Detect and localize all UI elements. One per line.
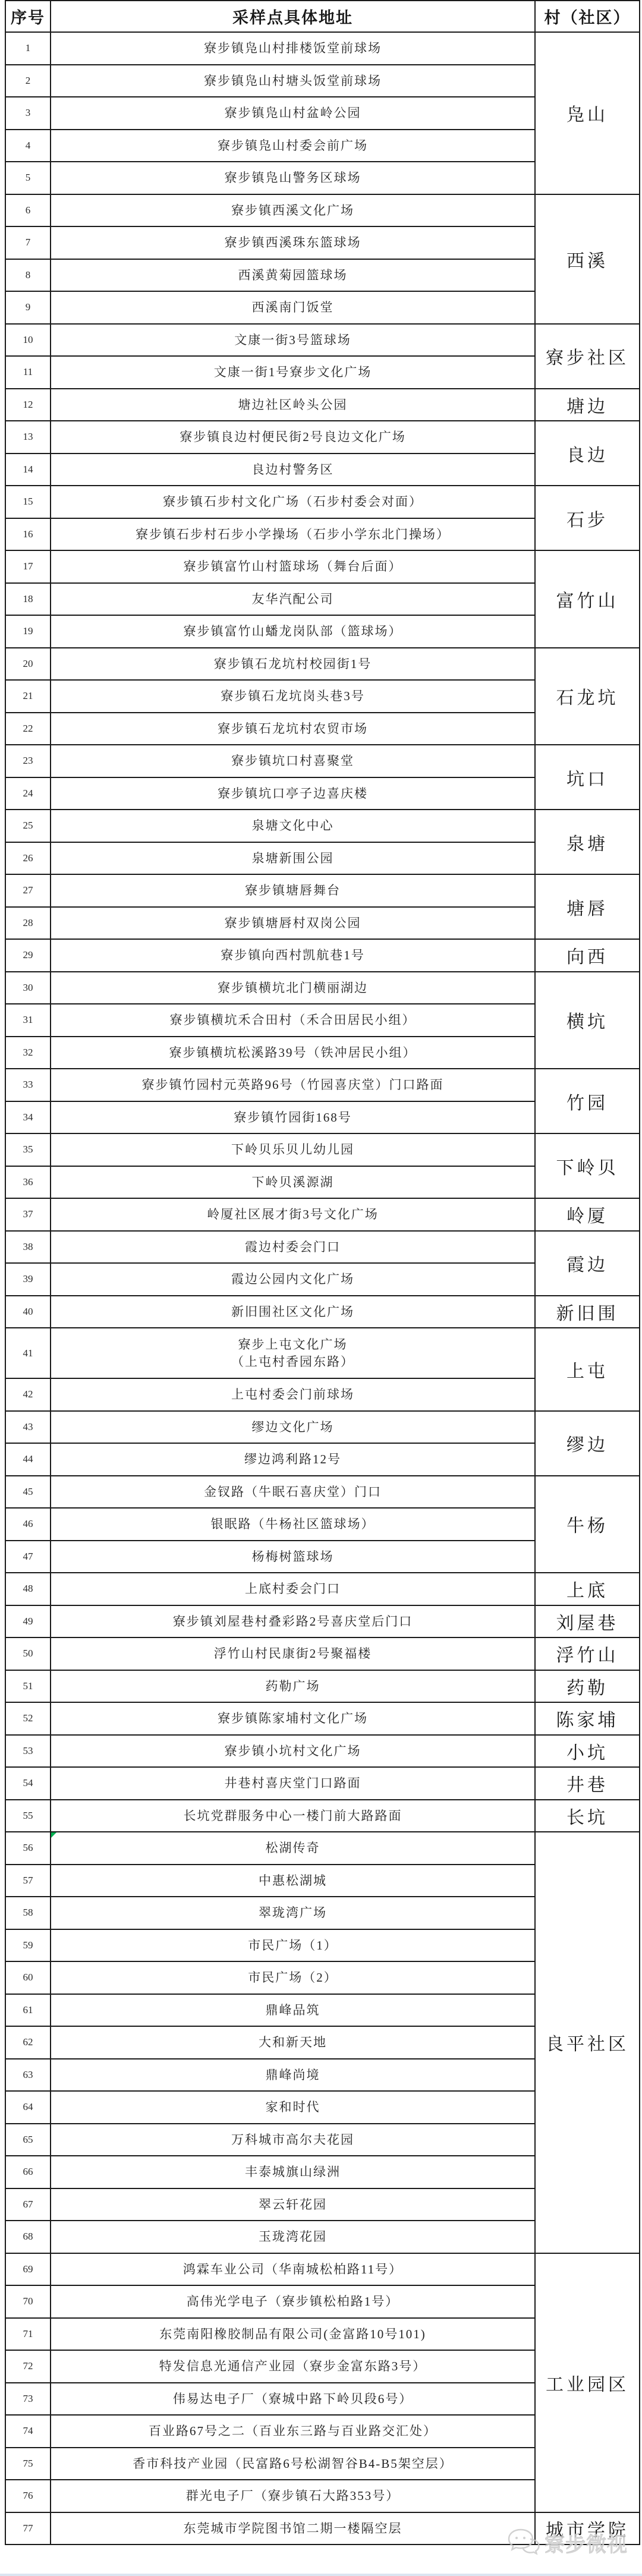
village-community-cell: 石步 <box>535 486 640 550</box>
row-number-cell: 43 <box>5 1411 51 1444</box>
address-cell: 霞边村委会门口 <box>51 1231 535 1264</box>
row-number-cell: 49 <box>5 1605 51 1638</box>
address-cell: 寮步镇凫山警务区球场 <box>51 162 535 194</box>
row-number-cell: 8 <box>5 259 51 292</box>
row-number-cell: 45 <box>5 1476 51 1509</box>
table-row: 69鸿霖车业公司（华南城松柏路11号）工业园区 <box>5 2253 640 2286</box>
address-cell: 家和时代 <box>51 2091 535 2124</box>
header-serial-number: 序号 <box>5 1 51 32</box>
village-community-cell: 药勒 <box>535 1670 640 1703</box>
row-number-cell: 44 <box>5 1443 51 1476</box>
village-community-cell: 井巷 <box>535 1767 640 1800</box>
address-cell: 寮步镇石龙坑村校园街1号 <box>51 648 535 681</box>
table-row: 43缪边文化广场缪边 <box>5 1411 640 1444</box>
address-cell: 寮步镇凫山村塘头饭堂前球场 <box>51 65 535 97</box>
row-number-cell: 2 <box>5 65 51 97</box>
table-row: 52寮步镇陈家埔村文化广场陈家埔 <box>5 1702 640 1735</box>
address-cell: 杨梅树篮球场 <box>51 1541 535 1573</box>
row-number-cell: 40 <box>5 1296 51 1328</box>
address-cell: 玉珑湾花园 <box>51 2221 535 2253</box>
row-number-cell: 68 <box>5 2221 51 2253</box>
table-row: 77东莞城市学院图书馆二期一楼隔空层城市学院 <box>5 2512 640 2545</box>
village-community-cell: 浮竹山 <box>535 1637 640 1670</box>
row-number-cell: 27 <box>5 874 51 907</box>
page: { "table": { "headers": ["序号", "采样点具体地址"… <box>0 0 642 2576</box>
row-number-cell: 33 <box>5 1069 51 1101</box>
row-number-cell: 30 <box>5 972 51 1004</box>
table-row: 40新旧围社区文化广场新旧围 <box>5 1296 640 1328</box>
address-cell: 市民广场（1） <box>51 1929 535 1962</box>
address-cell: 东莞南阳橡胶制品有限公司(金富路10号101) <box>51 2318 535 2351</box>
address-cell: 寮步镇刘屋巷村叠彩路2号喜庆堂后门口 <box>51 1605 535 1638</box>
table-row: 53寮步镇小坑村文化广场小坑 <box>5 1735 640 1768</box>
row-number-cell: 16 <box>5 518 51 551</box>
village-community-cell: 工业园区 <box>535 2253 640 2512</box>
table-row: 29寮步镇向西村凯航巷1号向西 <box>5 939 640 972</box>
row-number-cell: 77 <box>5 2512 51 2545</box>
sampling-points-table-wrap: 序号 采样点具体地址 村（社区） 1寮步镇凫山村排楼饭堂前球场凫山2寮步镇凫山村… <box>5 0 640 2545</box>
row-number-cell: 69 <box>5 2253 51 2286</box>
address-cell: 长坑党群服务中心一楼门前大路路面 <box>51 1800 535 1832</box>
row-number-cell: 61 <box>5 1994 51 2027</box>
village-community-cell: 横坑 <box>535 972 640 1069</box>
table-header-row: 序号 采样点具体地址 村（社区） <box>5 1 640 32</box>
address-cell: 伟易达电子厂（寮城中路下岭贝段6号） <box>51 2383 535 2416</box>
row-number-cell: 62 <box>5 2026 51 2059</box>
address-cell: 香市科技产业园（民富路6号松湖智谷B4-B5架空层） <box>51 2448 535 2480</box>
row-number-cell: 71 <box>5 2318 51 2351</box>
address-cell: 寮步镇凫山村排楼饭堂前球场 <box>51 32 535 65</box>
address-cell: 寮步镇西溪文化广场 <box>51 194 535 227</box>
bottom-edge-line <box>0 2574 642 2576</box>
village-community-cell: 刘屋巷 <box>535 1605 640 1638</box>
address-cell: 寮步上屯文化广场 （上屯村香园东路） <box>51 1328 535 1378</box>
address-cell: 丰泰城旗山绿洲 <box>51 2156 535 2188</box>
village-community-cell: 牛杨 <box>535 1476 640 1573</box>
table-row: 27寮步镇塘唇舞台塘唇 <box>5 874 640 907</box>
village-community-cell: 小坑 <box>535 1735 640 1768</box>
address-cell: 高伟光学电子（寮步镇松柏路1号） <box>51 2285 535 2318</box>
village-community-cell: 缪边 <box>535 1411 640 1476</box>
village-community-cell: 寮步社区 <box>535 324 640 389</box>
table-row: 10文康一街3号篮球场寮步社区 <box>5 324 640 357</box>
row-number-cell: 32 <box>5 1037 51 1069</box>
row-number-cell: 29 <box>5 939 51 972</box>
address-cell: 寮步镇石步村石步小学操场（石步小学东北门操场） <box>51 518 535 551</box>
table-row: 23寮步镇坑口村喜聚堂坑口 <box>5 745 640 777</box>
address-cell: 鼎峰尚境 <box>51 2059 535 2092</box>
village-community-cell: 霞边 <box>535 1231 640 1296</box>
address-cell: 新旧围社区文化广场 <box>51 1296 535 1328</box>
row-number-cell: 38 <box>5 1231 51 1264</box>
row-number-cell: 35 <box>5 1133 51 1166</box>
row-number-cell: 41 <box>5 1328 51 1378</box>
address-cell: 寮步镇横坑禾合田村（禾合田居民小组） <box>51 1004 535 1037</box>
row-number-cell: 55 <box>5 1800 51 1832</box>
address-cell: 寮步镇石龙坑岗头巷3号 <box>51 680 535 713</box>
row-number-cell: 17 <box>5 550 51 583</box>
address-cell: 寮步镇凫山村委会前广场 <box>51 130 535 162</box>
row-number-cell: 72 <box>5 2350 51 2383</box>
row-number-cell: 36 <box>5 1166 51 1199</box>
sampling-points-table: 序号 采样点具体地址 村（社区） 1寮步镇凫山村排楼饭堂前球场凫山2寮步镇凫山村… <box>5 0 640 2545</box>
address-cell: 银眠路（牛杨社区篮球场） <box>51 1508 535 1541</box>
row-number-cell: 19 <box>5 615 51 648</box>
address-cell: 大和新天地 <box>51 2026 535 2059</box>
address-cell: 西溪黄菊园篮球场 <box>51 259 535 292</box>
address-cell: 万科城市高尔夫花园 <box>51 2124 535 2156</box>
address-cell: 寮步镇石龙坑村农贸市场 <box>51 713 535 745</box>
address-cell: 市民广场（2） <box>51 1961 535 1994</box>
row-number-cell: 26 <box>5 842 51 875</box>
table-row: 37岭厦社区展才街3号文化广场岭厦 <box>5 1198 640 1231</box>
row-number-cell: 24 <box>5 777 51 810</box>
table-row: 41寮步上屯文化广场 （上屯村香园东路）上屯 <box>5 1328 640 1378</box>
row-number-cell: 1 <box>5 32 51 65</box>
address-cell: 寮步镇坑口村喜聚堂 <box>51 745 535 777</box>
table-row: 1寮步镇凫山村排楼饭堂前球场凫山 <box>5 32 640 65</box>
address-cell: 药勒广场 <box>51 1670 535 1703</box>
village-community-cell: 陈家埔 <box>535 1702 640 1735</box>
village-community-cell: 泉塘 <box>535 810 640 874</box>
row-number-cell: 46 <box>5 1508 51 1541</box>
address-cell: 翠珑湾广场 <box>51 1897 535 1929</box>
row-number-cell: 75 <box>5 2448 51 2480</box>
table-row: 50浮竹山村民康街2号聚福楼浮竹山 <box>5 1637 640 1670</box>
row-number-cell: 21 <box>5 680 51 713</box>
row-number-cell: 10 <box>5 324 51 357</box>
address-cell: 井巷村喜庆堂门口路面 <box>51 1767 535 1800</box>
village-community-cell: 上屯 <box>535 1328 640 1411</box>
table-row: 38霞边村委会门口霞边 <box>5 1231 640 1264</box>
row-number-cell: 3 <box>5 97 51 130</box>
village-community-cell: 塘唇 <box>535 874 640 939</box>
table-row: 49寮步镇刘屋巷村叠彩路2号喜庆堂后门口刘屋巷 <box>5 1605 640 1638</box>
row-number-cell: 6 <box>5 194 51 227</box>
address-cell: 寮步镇塘唇舞台 <box>51 874 535 907</box>
address-cell: 寮步镇小坑村文化广场 <box>51 1735 535 1768</box>
table-row: 17寮步镇富竹山村篮球场（舞台后面）富竹山 <box>5 550 640 583</box>
row-number-cell: 50 <box>5 1637 51 1670</box>
address-cell: 寮步镇横坑松溪路39号（铁冲居民小组） <box>51 1037 535 1069</box>
row-number-cell: 23 <box>5 745 51 777</box>
row-number-cell: 57 <box>5 1865 51 1897</box>
address-cell: 寮步镇竹园村元英路96号（竹园喜庆堂）门口路面 <box>51 1069 535 1101</box>
address-cell: 下岭贝乐贝儿幼儿园 <box>51 1133 535 1166</box>
address-cell: 寮步镇塘唇村双岗公园 <box>51 907 535 940</box>
village-community-cell: 富竹山 <box>535 550 640 648</box>
row-number-cell: 65 <box>5 2124 51 2156</box>
village-community-cell: 城市学院 <box>535 2512 640 2545</box>
table-row: 25泉塘文化中心泉塘 <box>5 810 640 842</box>
address-cell: 百业路67号之二（百业东三路与百业路交汇处） <box>51 2415 535 2448</box>
row-number-cell: 66 <box>5 2156 51 2188</box>
address-cell: 金钗路（牛眠石喜庆堂）门口 <box>51 1476 535 1509</box>
table-row: 35下岭贝乐贝儿幼儿园下岭贝 <box>5 1133 640 1166</box>
address-cell: 寮步镇陈家埔村文化广场 <box>51 1702 535 1735</box>
row-number-cell: 58 <box>5 1897 51 1929</box>
table-row: 56松湖传奇良平社区 <box>5 1832 640 1865</box>
address-cell: 泉塘文化中心 <box>51 810 535 842</box>
table-row: 30寮步镇横坑北门横丽湖边横坑 <box>5 972 640 1004</box>
row-number-cell: 37 <box>5 1198 51 1231</box>
row-number-cell: 13 <box>5 421 51 454</box>
row-number-cell: 14 <box>5 454 51 486</box>
address-cell: 文康一街3号篮球场 <box>51 324 535 357</box>
address-cell: 鸿霖车业公司（华南城松柏路11号） <box>51 2253 535 2286</box>
village-community-cell: 石龙坑 <box>535 648 640 745</box>
row-number-cell: 7 <box>5 226 51 259</box>
address-cell: 上屯村委会门前球场 <box>51 1378 535 1411</box>
row-number-cell: 54 <box>5 1767 51 1800</box>
address-cell: 寮步镇富竹山蟠龙岗队部（篮球场） <box>51 615 535 648</box>
row-number-cell: 64 <box>5 2091 51 2124</box>
address-cell: 寮步镇凫山村盆岭公园 <box>51 97 535 130</box>
address-cell: 寮步镇竹园街168号 <box>51 1101 535 1134</box>
row-number-cell: 4 <box>5 130 51 162</box>
address-cell: 寮步镇石步村文化广场（石步村委会对面） <box>51 486 535 518</box>
address-cell: 群光电子厂（寮步镇石大路353号） <box>51 2480 535 2512</box>
table-row: 54井巷村喜庆堂门口路面井巷 <box>5 1767 640 1800</box>
address-cell: 寮步镇向西村凯航巷1号 <box>51 939 535 972</box>
address-cell: 下岭贝溪源湖 <box>51 1166 535 1199</box>
header-sampling-address: 采样点具体地址 <box>51 1 535 32</box>
address-cell: 友华汽配公司 <box>51 583 535 616</box>
row-number-cell: 15 <box>5 486 51 518</box>
row-number-cell: 39 <box>5 1263 51 1296</box>
row-number-cell: 31 <box>5 1004 51 1037</box>
table-row: 15寮步镇石步村文化广场（石步村委会对面）石步 <box>5 486 640 518</box>
table-row: 13寮步镇良边村便民街2号良边文化广场良边 <box>5 421 640 454</box>
row-number-cell: 51 <box>5 1670 51 1703</box>
address-cell: 岭厦社区展才街3号文化广场 <box>51 1198 535 1231</box>
row-number-cell: 52 <box>5 1702 51 1735</box>
village-community-cell: 坑口 <box>535 745 640 810</box>
address-cell: 西溪南门饭堂 <box>51 291 535 324</box>
address-cell: 上底村委会门口 <box>51 1573 535 1605</box>
row-number-cell: 28 <box>5 907 51 940</box>
table-row: 45金钗路（牛眠石喜庆堂）门口牛杨 <box>5 1476 640 1509</box>
village-community-cell: 下岭贝 <box>535 1133 640 1198</box>
row-number-cell: 60 <box>5 1961 51 1994</box>
address-cell: 鼎峰品筑 <box>51 1994 535 2027</box>
table-row: 51药勒广场药勒 <box>5 1670 640 1703</box>
row-number-cell: 67 <box>5 2188 51 2221</box>
row-number-cell: 48 <box>5 1573 51 1605</box>
row-number-cell: 53 <box>5 1735 51 1768</box>
row-number-cell: 18 <box>5 583 51 616</box>
village-community-cell: 凫山 <box>535 32 640 194</box>
row-number-cell: 5 <box>5 162 51 194</box>
address-cell: 文康一街1号寮步文化广场 <box>51 356 535 389</box>
table-row: 12塘边社区岭头公园塘边 <box>5 389 640 421</box>
address-cell: 寮步镇富竹山村篮球场（舞台后面） <box>51 550 535 583</box>
row-number-cell: 73 <box>5 2383 51 2416</box>
address-cell: 塘边社区岭头公园 <box>51 389 535 421</box>
row-number-cell: 22 <box>5 713 51 745</box>
sampling-table-body: 1寮步镇凫山村排楼饭堂前球场凫山2寮步镇凫山村塘头饭堂前球场3寮步镇凫山村盆岭公… <box>5 32 640 2544</box>
row-number-cell: 59 <box>5 1929 51 1962</box>
address-cell: 缪边鸿利路12号 <box>51 1443 535 1476</box>
address-cell: 松湖传奇 <box>51 1832 535 1865</box>
address-cell: 缪边文化广场 <box>51 1411 535 1444</box>
row-number-cell: 56 <box>5 1832 51 1865</box>
row-number-cell: 11 <box>5 356 51 389</box>
address-cell: 寮步镇坑口亭子边喜庆楼 <box>51 777 535 810</box>
village-community-cell: 岭厦 <box>535 1198 640 1231</box>
village-community-cell: 上底 <box>535 1573 640 1605</box>
cell-comment-marker-icon <box>51 1832 56 1838</box>
address-cell: 寮步镇良边村便民街2号良边文化广场 <box>51 421 535 454</box>
village-community-cell: 向西 <box>535 939 640 972</box>
address-cell: 浮竹山村民康街2号聚福楼 <box>51 1637 535 1670</box>
row-number-cell: 74 <box>5 2415 51 2448</box>
address-cell: 特发信息光通信产业园（寮步金富东路3号） <box>51 2350 535 2383</box>
address-cell: 寮步镇西溪珠东篮球场 <box>51 226 535 259</box>
address-cell: 东莞城市学院图书馆二期一楼隔空层 <box>51 2512 535 2545</box>
row-number-cell: 20 <box>5 648 51 681</box>
table-row: 20寮步镇石龙坑村校园街1号石龙坑 <box>5 648 640 681</box>
row-number-cell: 12 <box>5 389 51 421</box>
village-community-cell: 长坑 <box>535 1800 640 1832</box>
village-community-cell: 西溪 <box>535 194 640 324</box>
village-community-cell: 良边 <box>535 421 640 486</box>
row-number-cell: 47 <box>5 1541 51 1573</box>
address-cell: 翠云轩花园 <box>51 2188 535 2221</box>
row-number-cell: 25 <box>5 810 51 842</box>
table-row: 55长坑党群服务中心一楼门前大路路面长坑 <box>5 1800 640 1832</box>
row-number-cell: 42 <box>5 1378 51 1411</box>
village-community-cell: 良平社区 <box>535 1832 640 2253</box>
address-cell: 寮步镇横坑北门横丽湖边 <box>51 972 535 1004</box>
address-cell: 泉塘新围公园 <box>51 842 535 875</box>
table-row: 6寮步镇西溪文化广场西溪 <box>5 194 640 227</box>
row-number-cell: 76 <box>5 2480 51 2512</box>
village-community-cell: 新旧围 <box>535 1296 640 1328</box>
row-number-cell: 9 <box>5 291 51 324</box>
row-number-cell: 63 <box>5 2059 51 2092</box>
table-row: 48上底村委会门口上底 <box>5 1573 640 1605</box>
header-village-community: 村（社区） <box>535 1 640 32</box>
address-cell: 良边村警务区 <box>51 454 535 486</box>
row-number-cell: 70 <box>5 2285 51 2318</box>
village-community-cell: 塘边 <box>535 389 640 421</box>
address-cell: 中惠松湖城 <box>51 1865 535 1897</box>
village-community-cell: 竹园 <box>535 1069 640 1133</box>
address-cell: 霞边公园内文化广场 <box>51 1263 535 1296</box>
row-number-cell: 34 <box>5 1101 51 1134</box>
table-row: 33寮步镇竹园村元英路96号（竹园喜庆堂）门口路面竹园 <box>5 1069 640 1101</box>
